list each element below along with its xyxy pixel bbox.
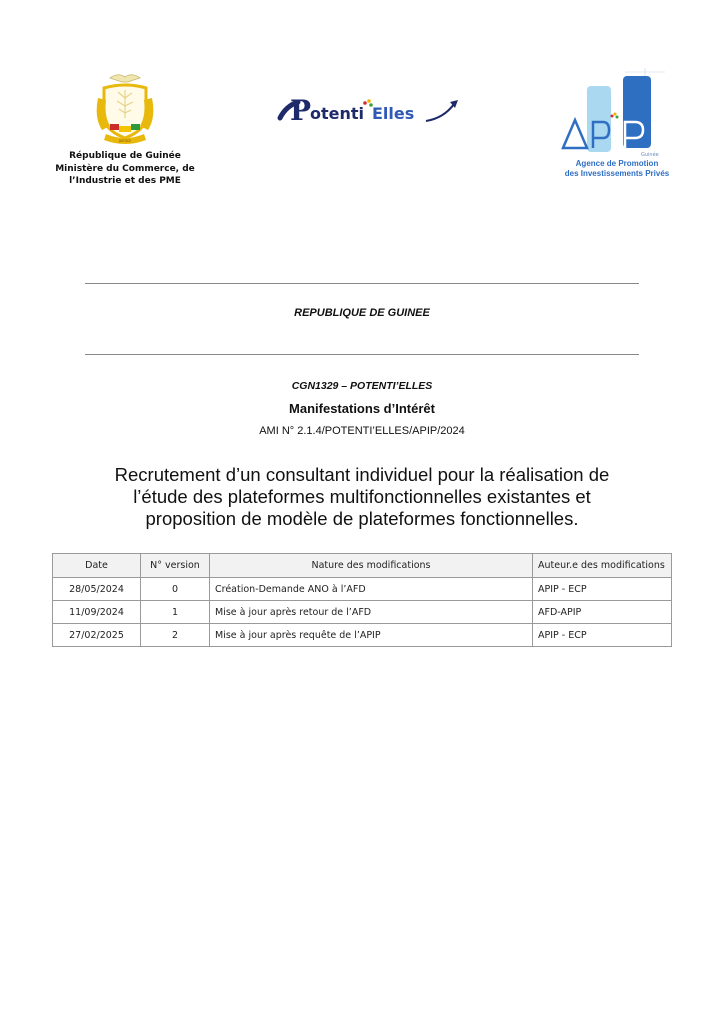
column-header-version: N° version: [141, 554, 210, 578]
ministry-line: l’Industrie et des PME: [40, 175, 210, 188]
cell-date: 11/09/2024: [53, 601, 141, 624]
republic-heading: REPUBLIQUE DE GUINEE: [85, 307, 639, 319]
cell-version: 0: [141, 578, 210, 601]
cell-author: APIP - ECP: [533, 578, 672, 601]
table-header-row: Date N° version Nature des modifications…: [53, 554, 672, 578]
cell-date: 28/05/2024: [53, 578, 141, 601]
svg-text:P: P: [290, 94, 311, 127]
svg-text:JUSTICE: JUSTICE: [118, 139, 131, 143]
cell-author: AFD-APIP: [533, 601, 672, 624]
column-header-author: Auteur.e des modifications: [533, 554, 672, 578]
column-header-date: Date: [53, 554, 141, 578]
svg-text:Agence de Promotion: Agence de Promotion: [576, 159, 659, 168]
table-row: 28/05/2024 0 Création-Demande ANO à l’AF…: [53, 578, 672, 601]
svg-text:otenti: otenti: [310, 104, 364, 123]
cell-version: 1: [141, 601, 210, 624]
svg-text:Elles: Elles: [372, 104, 414, 123]
ministry-caption: République de Guinée Ministère du Commer…: [40, 150, 210, 188]
divider-top: [85, 283, 639, 284]
title-line: proposition de modèle de plateformes fon…: [70, 508, 654, 530]
svg-text:Guinée: Guinée: [641, 151, 659, 158]
table-row: 27/02/2025 2 Mise à jour après requête d…: [53, 624, 672, 647]
svg-text:des Investissements Privés: des Investissements Privés: [565, 169, 670, 178]
divider-bottom: [85, 354, 639, 355]
title-line: Recrutement d’un consultant individuel p…: [70, 464, 654, 486]
cell-version: 2: [141, 624, 210, 647]
ami-reference: AMI N° 2.1.4/POTENTI’ELLES/APIP/2024: [85, 425, 639, 437]
project-code: CGN1329 – POTENTI’ELLES: [85, 380, 639, 392]
cell-nature: Mise à jour après retour de l’AFD: [210, 601, 533, 624]
table-row: 11/09/2024 1 Mise à jour après retour de…: [53, 601, 672, 624]
document-type: Manifestations d’Intérêt: [85, 401, 639, 416]
column-header-nature: Nature des modifications: [210, 554, 533, 578]
guinea-coat-of-arms-icon: JUSTICE: [88, 68, 162, 146]
potentielles-logo: P otenti Elles: [276, 88, 462, 128]
cell-nature: Création-Demande ANO à l’AFD: [210, 578, 533, 601]
cell-nature: Mise à jour après requête de l’APIP: [210, 624, 533, 647]
cell-date: 27/02/2025: [53, 624, 141, 647]
document-title: Recrutement d’un consultant individuel p…: [70, 464, 654, 530]
version-history-table: Date N° version Nature des modifications…: [52, 553, 672, 647]
ministry-line: République de Guinée: [40, 150, 210, 163]
ministry-line: Ministère du Commerce, de: [40, 163, 210, 176]
cell-author: APIP - ECP: [533, 624, 672, 647]
apip-logo: Guinée Agence de Promotion des Investiss…: [555, 68, 680, 180]
title-line: l’étude des plateformes multifonctionnel…: [70, 486, 654, 508]
